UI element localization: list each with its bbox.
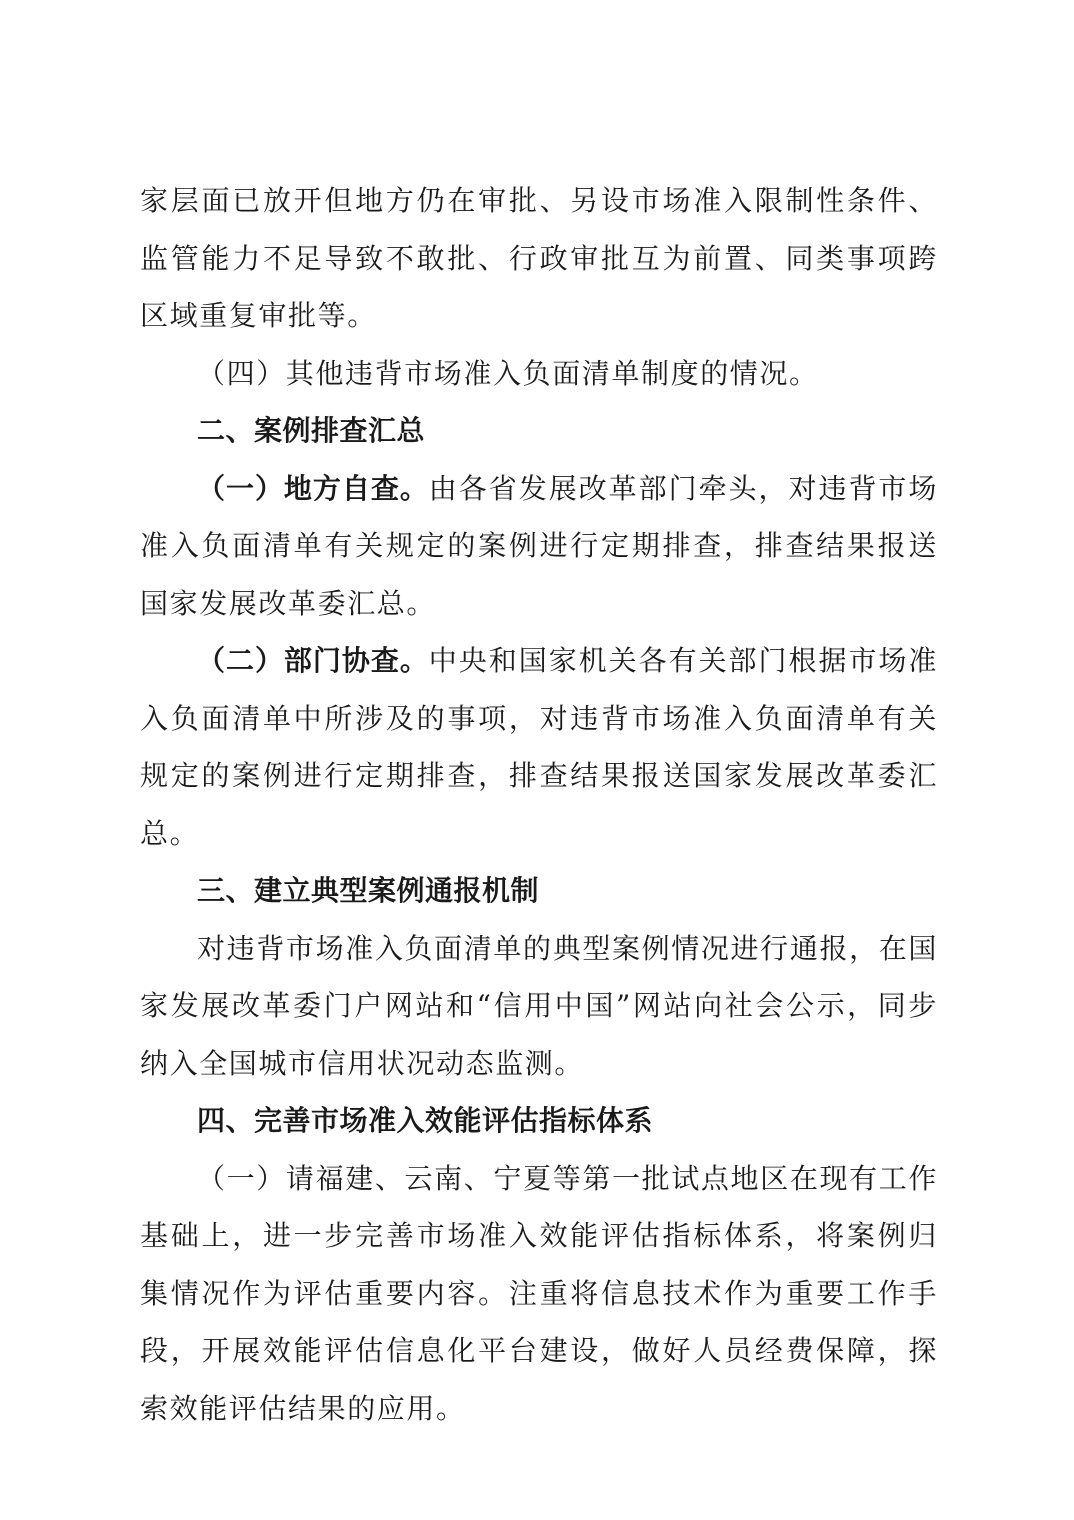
paragraph-lead: （二）部门协查。 (197, 644, 429, 677)
paragraph-local-self-check: （一）地方自查。由各省发展改革部门牵头，对违背市场准入负面清单有关规定的案例进行… (140, 460, 938, 633)
paragraph-pilot-regions: （一）请福建、云南、宁夏等第一批试点地区在现有工作基础上，进一步完善市场准入效能… (140, 1150, 938, 1438)
document-page: 家层面已放开但地方仍在审批、另设市场准入限制性条件、监管能力不足导致不敢批、行政… (140, 172, 938, 1437)
section-heading-3: 三、建立典型案例通报机制 (140, 862, 938, 920)
section-heading-2: 二、案例排查汇总 (140, 402, 938, 460)
paragraph-item-4: （四）其他违背市场准入负面清单制度的情况。 (140, 345, 938, 403)
paragraph-department-check: （二）部门协查。中央和国家机关各有关部门根据市场准入负面清单中所涉及的事项，对违… (140, 632, 938, 862)
section-heading-4: 四、完善市场准入效能评估指标体系 (140, 1092, 938, 1150)
paragraph-notification: 对违背市场准入负面清单的典型案例情况进行通报，在国家发展改革委门户网站和“信用中… (140, 920, 938, 1093)
paragraph-continuation: 家层面已放开但地方仍在审批、另设市场准入限制性条件、监管能力不足导致不敢批、行政… (140, 172, 938, 345)
paragraph-lead: （一）地方自查。 (197, 472, 429, 505)
